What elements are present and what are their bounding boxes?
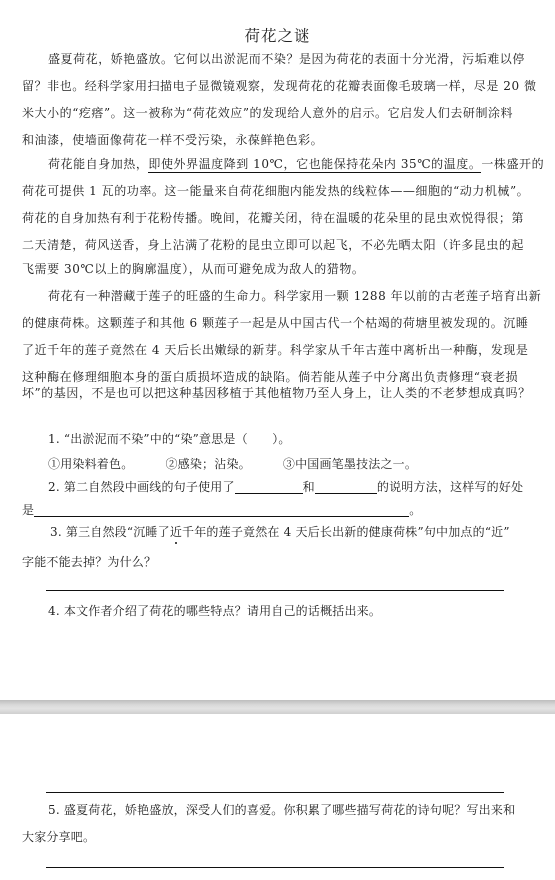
question-2: 2. 第二自然段中画线的句子使用了和的说明方法，这样写的好处 [48,480,523,494]
document-title: 荷花之谜 [0,24,555,46]
passage-line: 荷花的自身加热有利于花粉传播。晚间，花瓣关闭，待在温暖的花朵里的昆虫欢悦得很；第 [22,211,524,225]
passage-line: 了近千年的莲子竟然在 4 天后长出嫩绿的新芽。科学家从千年古莲中离析出一种酶，发… [22,343,528,357]
answer-blank-1[interactable] [235,481,303,494]
passage-line: 这种酶在修理细胞本身的蛋白质损坏造成的缺陷。倘若能从莲子中分离出负责修理“衰老损 [22,370,518,384]
passage-line: 的健康荷株。这颗莲子和其他 6 颗莲子一起是从中国古代一个枯竭的荷塘里被发现的。… [22,316,528,330]
page-break [0,700,555,714]
question-2-text: 和 [303,480,315,494]
question-3-line-2: 字能不能去掉？为什么？ [22,555,156,569]
answer-blank-2[interactable] [315,481,377,494]
question-3-text: 3. 第三自然段“沉睡了 [50,525,170,539]
answer-line[interactable] [46,792,504,793]
passage-line: 飞需要 30℃以上的胸廓温度），从而可避免成为敌人的猎物。 [22,262,364,276]
answer-blank-3[interactable] [34,504,409,517]
question-1-options: ①用染料着色。 ②感染；沾染。 ③中国画笔墨技法之一。 [48,457,417,471]
question-5-line-2: 大家分享吧。 [22,830,95,844]
answer-line[interactable] [46,867,504,868]
question-2-text: 的说明方法，这样写的好处 [377,480,523,494]
question-2-text: 是 [22,503,34,517]
question-3: 3. 第三自然段“沉睡了近千年的莲子竟然在 4 天后长出新的健康荷株”句中加点的… [50,525,510,539]
passage-line: 二天清楚，荷风送香，身上沾满了花粉的昆虫立即可以起飞，不必先晒太阳（许多昆虫的起 [22,238,524,252]
answer-line[interactable] [46,590,504,591]
passage-line: 盛夏荷花，娇艳盛放。它何以出淤泥而不染？是因为荷花的表面十分光滑，污垢难以停 [48,52,525,66]
question-4: 4. 本文作者介绍了荷花的哪些特点？请用自己的话概括出来。 [48,604,381,618]
passage-text: 一株盛开的 [481,157,544,171]
emphasized-character: 近 [170,525,182,539]
question-2-text: 2. 第二自然段中画线的句子使用了 [48,480,235,494]
option-1: ①用染料着色。 [48,457,133,471]
passage-line: 米大小的“疙瘩”。这一被称为“荷花效应”的发现给人意外的启示。它启发人们去研制涂… [22,106,513,120]
question-2-line-2: 是。 [22,503,421,517]
passage-line: 荷花可提供 1 瓦的功率。这一能量来自荷花细胞内能发热的线粒体——细胞的“动力机… [22,184,529,198]
passage-line: 荷花有一种潜藏于莲子的旺盛的生命力。科学家用一颗 1288 年以前的古老莲子培育… [48,289,541,303]
question-5: 5. 盛夏荷花，娇艳盛放，深受人们的喜爱。你积累了哪些描写荷花的诗句呢？写出来和 [48,803,515,817]
option-3: ③中国画笔墨技法之一。 [283,457,417,471]
question-1: 1. “出淤泥而不染”中的“染”意思是（ ）。 [48,432,291,446]
passage-line: 和油漆，使墙面像荷花一样不受污染，永葆鲜艳色彩。 [22,133,323,147]
passage-line: 坏”的基因，不是也可以把这种基因移植于其他植物乃至人身上，让人类的不老梦想成真吗… [22,386,531,400]
question-2-text: 。 [409,503,421,517]
option-2: ②感染；沾染。 [165,457,250,471]
passage-line: 留？非也。经科学家用扫描电子显微镜观察，发现荷花的花瓣表面像毛玻璃一样，尽是 2… [22,79,537,93]
passage-text: 荷花能自身加热， [48,157,148,171]
underlined-sentence: 即使外界温度降到 10℃，它也能保持花朵内 35℃的温度。 [148,157,481,173]
passage-line: 荷花能自身加热，即使外界温度降到 10℃，它也能保持花朵内 35℃的温度。一株盛… [48,157,544,171]
question-3-text: 千年的莲子竟然在 4 天后长出新的健康荷株”句中加点的“近” [182,525,510,539]
